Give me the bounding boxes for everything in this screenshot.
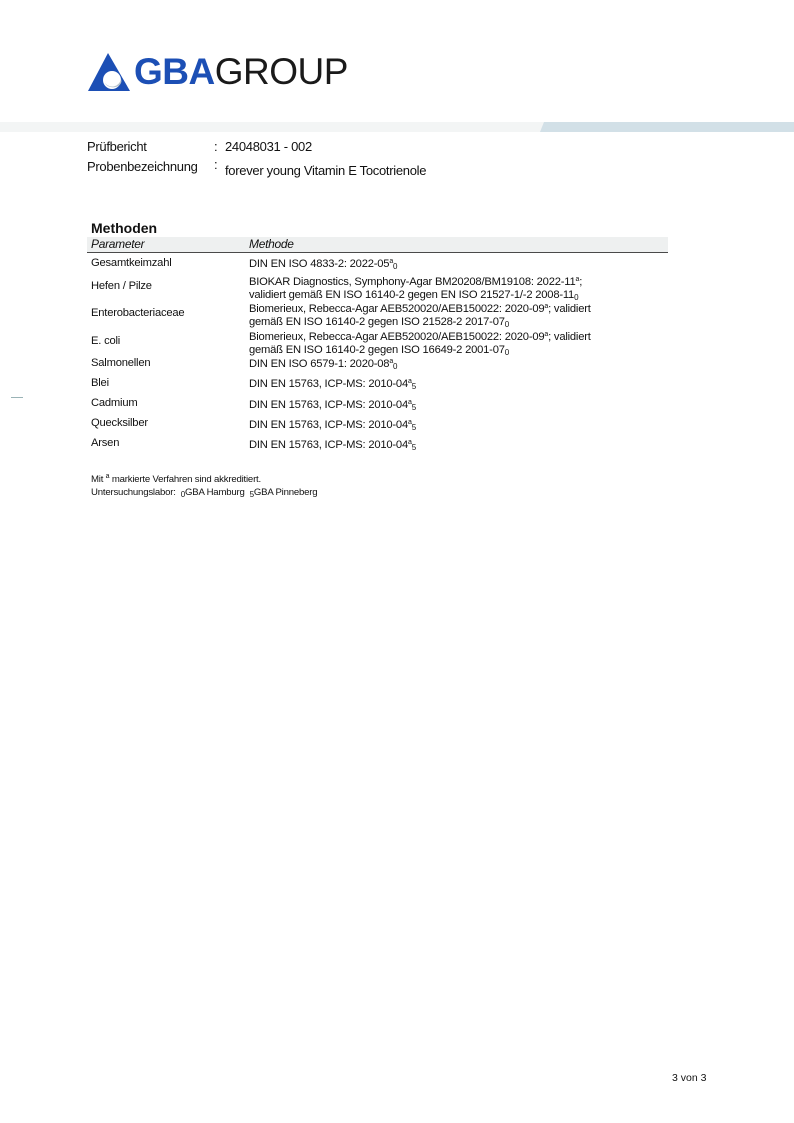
parameter-cell: Blei (87, 372, 249, 393)
lab-entry: 0GBA Hamburg (181, 487, 245, 498)
sample-name-value: forever young Vitamin E Tocotrienole (225, 163, 426, 178)
table-row: BleiDIN EN 15763, ICP-MS: 2010-04a5 (87, 372, 668, 393)
sample-name-separator: : (214, 157, 217, 172)
logo-gba-text: GBA (134, 52, 215, 92)
table-row: GesamtkeimzahlDIN EN ISO 4833-2: 2022-05… (87, 253, 668, 272)
table-row: ArsenDIN EN 15763, ICP-MS: 2010-04a5 (87, 433, 668, 453)
methods-title: Methoden (91, 220, 668, 237)
labs-list: 0GBA Hamburg5GBA Pinneberg (176, 487, 318, 498)
logo-group-text: GROUP (215, 52, 348, 92)
method-cell: DIN EN ISO 6579-1: 2020-08a0 (249, 354, 668, 372)
parameter-cell: E. coli (87, 327, 249, 354)
report-number-value: 24048031 - 002 (225, 139, 312, 154)
gba-triangle-icon (88, 53, 130, 91)
margin-mark (11, 397, 23, 398)
parameter-cell: Quecksilber (87, 413, 249, 433)
lab-entry: 5GBA Pinneberg (250, 487, 318, 498)
method-cell: DIN EN ISO 4833-2: 2022-05a0 (249, 253, 668, 272)
page-number: 3 von 3 (672, 1072, 706, 1084)
gba-group-logo: GBAGROUP (88, 52, 348, 92)
column-header-method: Methode (249, 237, 294, 252)
method-cell: DIN EN 15763, ICP-MS: 2010-04a5 (249, 433, 668, 453)
table-row: CadmiumDIN EN 15763, ICP-MS: 2010-04a5 (87, 393, 668, 413)
method-cell: Biomerieux, Rebecca-Agar AEB520020/AEB15… (249, 327, 668, 354)
table-row: Hefen / PilzeBIOKAR Diagnostics, Symphon… (87, 272, 668, 299)
parameter-cell: Enterobacteriaceae (87, 299, 249, 327)
method-cell: DIN EN 15763, ICP-MS: 2010-04a5 (249, 372, 668, 393)
table-row: QuecksilberDIN EN 15763, ICP-MS: 2010-04… (87, 413, 668, 433)
methods-section: Methoden Parameter Methode Gesamtkeimzah… (87, 220, 668, 453)
parameter-cell: Salmonellen (87, 354, 249, 372)
footnotes: Mit a markierte Verfahren sind akkrediti… (91, 470, 317, 501)
report-number-separator: : (214, 139, 217, 154)
table-row: EnterobacteriaceaeBiomerieux, Rebecca-Ag… (87, 299, 668, 327)
methods-table-header: Parameter Methode (87, 237, 668, 253)
parameter-cell: Arsen (87, 433, 249, 453)
method-cell: BIOKAR Diagnostics, Symphony-Agar BM2020… (249, 272, 668, 299)
parameter-cell: Gesamtkeimzahl (87, 253, 249, 272)
table-row: SalmonellenDIN EN ISO 6579-1: 2020-08a0 (87, 354, 668, 372)
parameter-cell: Cadmium (87, 393, 249, 413)
sample-name-label: Probenbezeichnung (87, 159, 198, 174)
column-header-parameter: Parameter (87, 237, 249, 252)
method-cell: DIN EN 15763, ICP-MS: 2010-04a5 (249, 413, 668, 433)
table-row: E. coliBiomerieux, Rebecca-Agar AEB52002… (87, 327, 668, 354)
labs-note: Untersuchungslabor:0GBA Hamburg5GBA Pinn… (91, 486, 317, 501)
parameter-cell: Hefen / Pilze (87, 272, 249, 299)
method-cell: DIN EN 15763, ICP-MS: 2010-04a5 (249, 393, 668, 413)
report-number-label: Prüfbericht (87, 139, 147, 154)
labs-label: Untersuchungslabor: (91, 487, 176, 498)
header-band-accent (540, 122, 794, 132)
method-cell: Biomerieux, Rebecca-Agar AEB520020/AEB15… (249, 299, 668, 327)
methods-table-body: GesamtkeimzahlDIN EN ISO 4833-2: 2022-05… (87, 253, 668, 453)
accreditation-note: Mit a markierte Verfahren sind akkrediti… (91, 470, 317, 486)
